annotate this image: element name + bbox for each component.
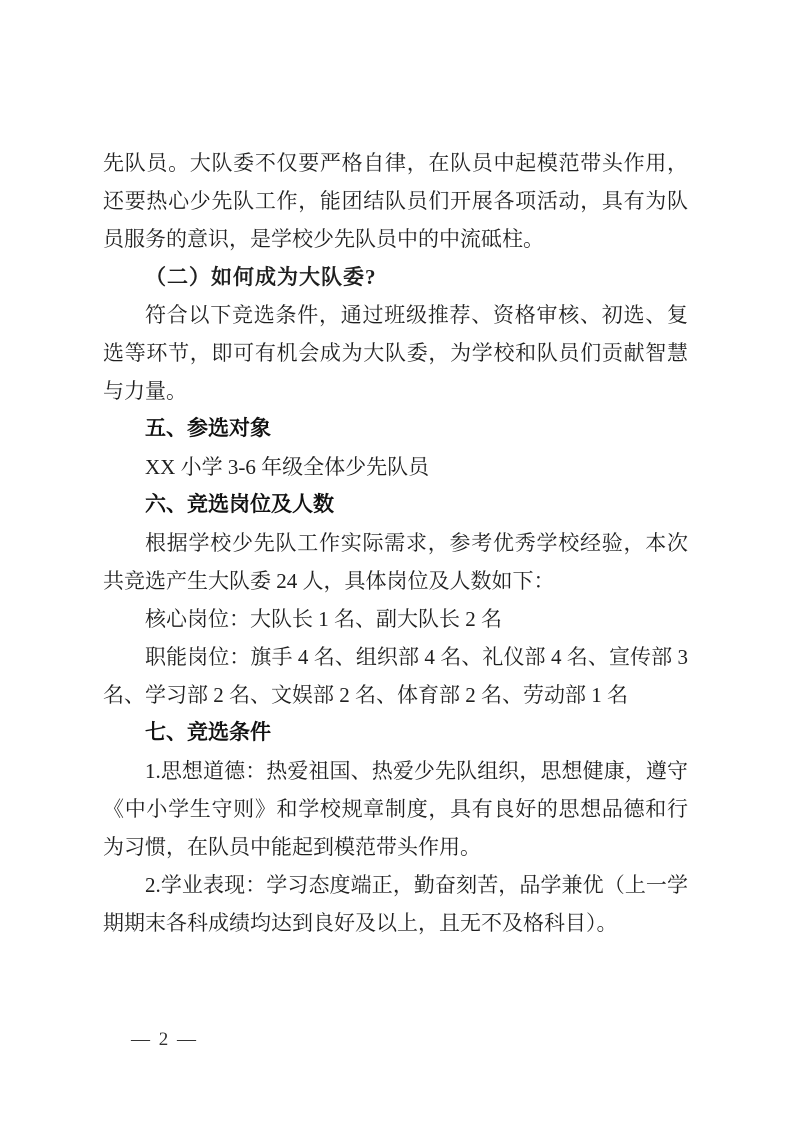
- body-paragraph-conditions-intro: 符合以下竞选条件，通过班级推荐、资格审核、初选、复选等环节，即可有机会成为大队委…: [103, 296, 688, 410]
- body-paragraph-requirement-2-academics: 2.学业表现：学习态度端正，勤奋刻苦，品学兼优（上一学期期末各科成绩均达到良好及…: [103, 866, 688, 942]
- body-paragraph-positions-intro: 根据学校少先队工作实际需求，参考优秀学校经验，本次共竞选产生大队委 24 人，具…: [103, 524, 688, 600]
- body-paragraph-requirement-1-morality: 1.思想道德：热爱祖国、热爱少先队组织，思想健康，遵守《中小学生守则》和学校规章…: [103, 752, 688, 866]
- document-body: 先队员。大队委不仅要严格自律，在队员中起模范带头作用，还要热心少先队工作，能团结…: [103, 144, 688, 942]
- body-paragraph-eligible-students: XX 小学 3-6 年级全体少先队员: [103, 448, 688, 486]
- body-paragraph-core-positions: 核心岗位：大队长 1 名、副大队长 2 名: [103, 600, 688, 638]
- subsection-heading-how-to-become: （二）如何成为大队委?: [103, 258, 688, 296]
- paragraph-continuation: 先队员。大队委不仅要严格自律，在队员中起模范带头作用，还要热心少先队工作，能团结…: [103, 144, 688, 258]
- body-paragraph-functional-positions: 职能岗位：旗手 4 名、组织部 4 名、礼仪部 4 名、宣传部 3 名、学习部 …: [103, 638, 688, 714]
- page-number: — 2 —: [131, 1026, 198, 1054]
- document-page: 先队员。大队委不仅要严格自律，在队员中起模范带头作用，还要热心少先队工作，能团结…: [0, 0, 793, 1122]
- section-heading-7-requirements: 七、竞选条件: [103, 714, 688, 752]
- section-heading-5-participants: 五、参选对象: [103, 410, 688, 448]
- section-heading-6-positions: 六、竞选岗位及人数: [103, 486, 688, 524]
